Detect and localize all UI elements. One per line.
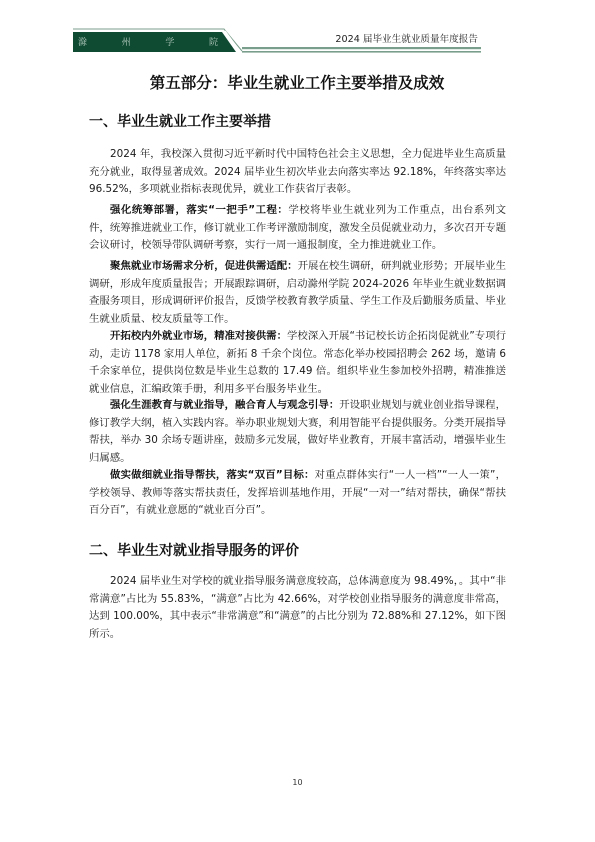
measure-paragraph: 强化统筹部署，落实“一把手”工程：学校将毕业生就业列为工作重点，出台系列文件，统… <box>89 202 506 255</box>
part-title-container: 第五部分：毕业生就业工作主要举措及成效 <box>89 70 505 96</box>
page-number: 10 <box>0 778 595 787</box>
header-banner-graphic <box>0 0 595 60</box>
report-title: 2024 届毕业生就业质量年度报告 <box>335 31 478 45</box>
page-header: 滁 州 学 院 2024 届毕业生就业质量年度报告 <box>0 0 595 60</box>
measure-heading: 强化生涯教育与就业指导，融合育人与观念引导： <box>110 399 339 411</box>
section-1-intro: 2024 年，我校深入贯彻习近平新时代中国特色社会主义思想，全力促进毕业生高质量… <box>89 146 506 199</box>
measure-paragraph: 开拓校内外就业市场，精准对接供需：学校深入开展“书记校长访企拓岗促就业”专项行动… <box>89 328 506 398</box>
measure-heading: 开拓校内外就业市场，精准对接供需： <box>110 330 287 342</box>
measure-paragraph: 聚焦就业市场需求分析，促进供需适配：开展在校生调研，研判就业形势；开展毕业生调研… <box>89 258 506 328</box>
section-2-title: 二、毕业生对就业指导服务的评价 <box>89 540 299 560</box>
measure-paragraph: 做实做细就业指导帮扶，落实“双百”目标：对重点群体实行“一人一档”“一人一策”，… <box>89 467 506 520</box>
school-name-char: 州 <box>122 35 131 51</box>
school-name-char: 院 <box>209 35 218 51</box>
school-name-char: 滁 <box>78 35 87 51</box>
measure-heading: 聚焦就业市场需求分析，促进供需适配： <box>110 260 298 272</box>
section-2-body: 2024 届毕业生对学校的就业指导服务满意度较高，总体满意度为 98.49%，。… <box>89 573 506 643</box>
section-1-title: 一、毕业生就业工作主要举措 <box>89 111 271 131</box>
school-name-char: 学 <box>165 35 174 51</box>
measure-paragraph: 强化生涯教育与就业指导，融合育人与观念引导：开设职业规划与就业创业指导课程，修订… <box>89 397 506 467</box>
part-title: 第五部分：毕业生就业工作主要举措及成效 <box>89 70 505 96</box>
measure-heading: 强化统筹部署，落实“一把手”工程： <box>110 204 288 216</box>
school-name: 滁 州 学 院 <box>78 35 218 51</box>
measure-heading: 做实做细就业指导帮扶，落实“双百”目标： <box>110 469 315 481</box>
